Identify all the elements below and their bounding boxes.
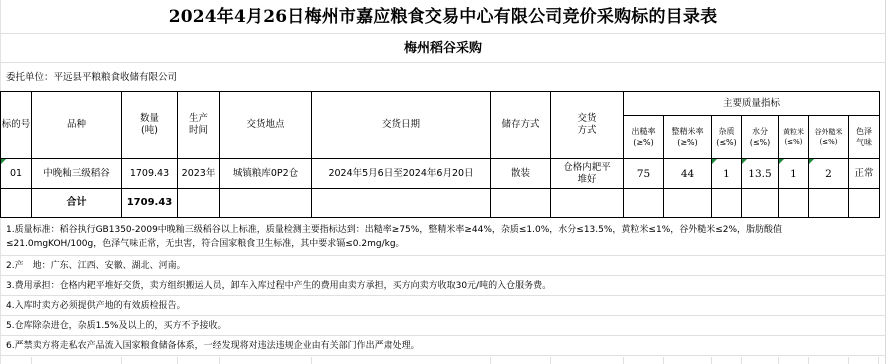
header-yellow-grain-label: 黄粒米 bbox=[779, 127, 808, 137]
header-delivery-date: 交货日期 bbox=[312, 92, 491, 159]
note-inspection-report[interactable]: 4.入库时卖方必须提供产地的有效质检报告。 bbox=[0, 296, 886, 316]
header-production-l2: 时间 bbox=[178, 125, 219, 137]
header-lot-no: 标的号 bbox=[1, 92, 32, 159]
cell-empty[interactable] bbox=[624, 189, 664, 218]
header-storage: 储存方式 bbox=[491, 92, 551, 159]
cell-empty[interactable] bbox=[742, 189, 779, 218]
header-milled-rate-unit: (≥%) bbox=[624, 137, 663, 148]
gridline bbox=[808, 357, 809, 364]
note-origin[interactable]: 2.产 地：广东、江西、安徽、湖北、河南。 bbox=[0, 256, 886, 276]
cell-empty[interactable] bbox=[491, 189, 551, 218]
cell-delivery-date[interactable]: 2024年5月6日至2024年6月20日 bbox=[312, 159, 491, 189]
cell-color-odor[interactable]: 正常 bbox=[849, 159, 880, 189]
gridline bbox=[31, 357, 32, 364]
consignor-label: 委托单位：平远县平粮粮食收储有限公司 bbox=[6, 63, 177, 91]
cell-impurity[interactable]: 1 bbox=[712, 159, 742, 189]
cell-husked-rice[interactable]: 2 bbox=[809, 159, 849, 189]
cell-delivery-method-l1: 仓格内耙平 bbox=[551, 162, 623, 174]
header-milled-rate: 出糙率(≥%) bbox=[624, 116, 664, 159]
header-impurity-unit: (≤%) bbox=[712, 137, 741, 148]
header-color-odor: 色泽气味 bbox=[849, 116, 880, 159]
lower-gridlines bbox=[0, 357, 886, 364]
cell-milled-rate[interactable]: 75 bbox=[624, 159, 664, 189]
cell-delivery-method[interactable]: 仓格内耙平 堆好 bbox=[551, 159, 624, 189]
cell-quantity[interactable]: 1709.43 bbox=[122, 159, 178, 189]
header-head-rice-unit: (≥%) bbox=[664, 137, 711, 148]
header-impurity: 杂质(≤%) bbox=[712, 116, 742, 159]
cell-storage[interactable]: 散装 bbox=[491, 159, 551, 189]
cell-yellow-grain[interactable]: 1 bbox=[779, 159, 809, 189]
gridline bbox=[121, 357, 122, 364]
header-head-rice-rate: 整精米率(≥%) bbox=[664, 116, 712, 159]
header-quality-group-label: 主要质量指标 bbox=[723, 98, 780, 109]
gridline bbox=[711, 357, 712, 364]
note-smuggling-ban[interactable]: 6.严禁卖方将走私农产品流入国家粮食储备体系，一经发现将对违法违规企业由有关部门… bbox=[0, 336, 886, 356]
gridline bbox=[878, 357, 879, 364]
cell-empty[interactable] bbox=[220, 189, 312, 218]
header-impurity-label: 杂质 bbox=[712, 126, 741, 137]
cell-empty[interactable] bbox=[551, 189, 624, 218]
total-row: 合计 1709.43 bbox=[1, 189, 880, 218]
header-moisture-label: 水分 bbox=[742, 126, 778, 137]
cell-empty[interactable] bbox=[664, 189, 712, 218]
header-moisture: 水分(≤%) bbox=[742, 116, 779, 159]
cell-empty[interactable] bbox=[712, 189, 742, 218]
header-quantity-label: 数量 bbox=[122, 113, 177, 125]
gridline bbox=[219, 357, 220, 364]
header-color-label: 色泽 bbox=[849, 126, 879, 137]
header-odor-label: 气味 bbox=[849, 137, 879, 148]
cell-lot-no[interactable]: 01 bbox=[1, 159, 32, 189]
header-production-time: 生产 时间 bbox=[178, 92, 220, 159]
notes-section: 1.质量标准：稻谷执行GB1350-2009中晚籼三级稻谷以上标准，质量检测主要… bbox=[0, 217, 886, 356]
gridline bbox=[663, 357, 664, 364]
header-delivery-date-label: 交货日期 bbox=[382, 119, 420, 130]
cell-delivery-place[interactable]: 城镇粮库0P2仓 bbox=[220, 159, 312, 189]
gridline bbox=[623, 357, 624, 364]
header-milled-rate-label: 出糙率 bbox=[624, 126, 663, 137]
note-quality-standard[interactable]: 1.质量标准：稻谷执行GB1350-2009中晚籼三级稻谷以上标准，质量检测主要… bbox=[0, 217, 886, 256]
header-delivery-method-l2: 方式 bbox=[551, 125, 623, 137]
gridline bbox=[490, 357, 491, 364]
total-quantity[interactable]: 1709.43 bbox=[122, 189, 178, 218]
table-row: 01 中晚籼三级稻谷 1709.43 2023年 城镇粮库0P2仓 2024年5… bbox=[1, 159, 880, 189]
cell-head-rice-rate[interactable]: 44 bbox=[664, 159, 712, 189]
header-delivery-place-label: 交货地点 bbox=[246, 119, 284, 130]
cell-empty[interactable] bbox=[178, 189, 220, 218]
cell-empty[interactable] bbox=[779, 189, 809, 218]
header-husked-rice-unit: (≤%) bbox=[809, 137, 848, 147]
gridline bbox=[778, 357, 779, 364]
note-cost-bearing[interactable]: 3.费用承担：仓格内耙平堆好交货，卖方组织搬运人员，卸车入库过程中产生的费用由卖… bbox=[0, 276, 886, 296]
gridline bbox=[741, 357, 742, 364]
cell-empty[interactable] bbox=[809, 189, 849, 218]
page-subtitle: 梅州稻谷采购 bbox=[0, 34, 886, 63]
cell-empty[interactable] bbox=[1, 189, 32, 218]
gridline bbox=[550, 357, 551, 364]
header-delivery-method-l1: 交货 bbox=[551, 113, 623, 125]
header-lot-no-label: 标的号 bbox=[2, 119, 31, 130]
header-production-l1: 生产 bbox=[178, 113, 219, 125]
total-label[interactable]: 合计 bbox=[32, 189, 122, 218]
header-moisture-unit: (≤%) bbox=[742, 137, 778, 148]
header-delivery-method: 交货 方式 bbox=[551, 92, 624, 159]
header-yellow-grain-unit: (≤%) bbox=[779, 137, 808, 147]
cell-variety[interactable]: 中晚籼三级稻谷 bbox=[32, 159, 122, 189]
header-yellow-grain: 黄粒米(≤%) bbox=[779, 116, 809, 159]
gridline bbox=[177, 357, 178, 364]
cell-empty[interactable] bbox=[312, 189, 491, 218]
header-quantity-unit: (吨) bbox=[122, 125, 177, 137]
header-husked-rice-label: 谷外糙米 bbox=[809, 127, 848, 137]
header-row: 标的号 品种 数量 (吨) 生产 时间 交货地点 交货日期 储存方式 交货 方式… bbox=[1, 92, 880, 116]
note-impurity-rejection[interactable]: 5.仓库除杂进仓，杂质1.5%及以上的，买方不予接收。 bbox=[0, 316, 886, 336]
header-head-rice-label: 整精米率 bbox=[664, 126, 711, 137]
gridline bbox=[311, 357, 312, 364]
cell-delivery-method-l2: 堆好 bbox=[551, 174, 623, 186]
header-variety-label: 品种 bbox=[67, 119, 86, 130]
lot-catalog-table: 标的号 品种 数量 (吨) 生产 时间 交货地点 交货日期 储存方式 交货 方式… bbox=[0, 91, 880, 218]
header-quantity: 数量 (吨) bbox=[122, 92, 178, 159]
cell-empty[interactable] bbox=[849, 189, 880, 218]
header-delivery-place: 交货地点 bbox=[220, 92, 312, 159]
header-husked-rice: 谷外糙米(≤%) bbox=[809, 116, 849, 159]
header-storage-label: 储存方式 bbox=[501, 119, 539, 130]
gridline bbox=[848, 357, 849, 364]
header-variety: 品种 bbox=[32, 92, 122, 159]
page-title: 2024年4月26日梅州市嘉应粮食交易中心有限公司竞价采购标的目录表 bbox=[0, 0, 886, 34]
header-quality-group: 主要质量指标 bbox=[624, 92, 880, 116]
cell-moisture[interactable]: 13.5 bbox=[742, 159, 779, 189]
cell-production[interactable]: 2023年 bbox=[178, 159, 220, 189]
